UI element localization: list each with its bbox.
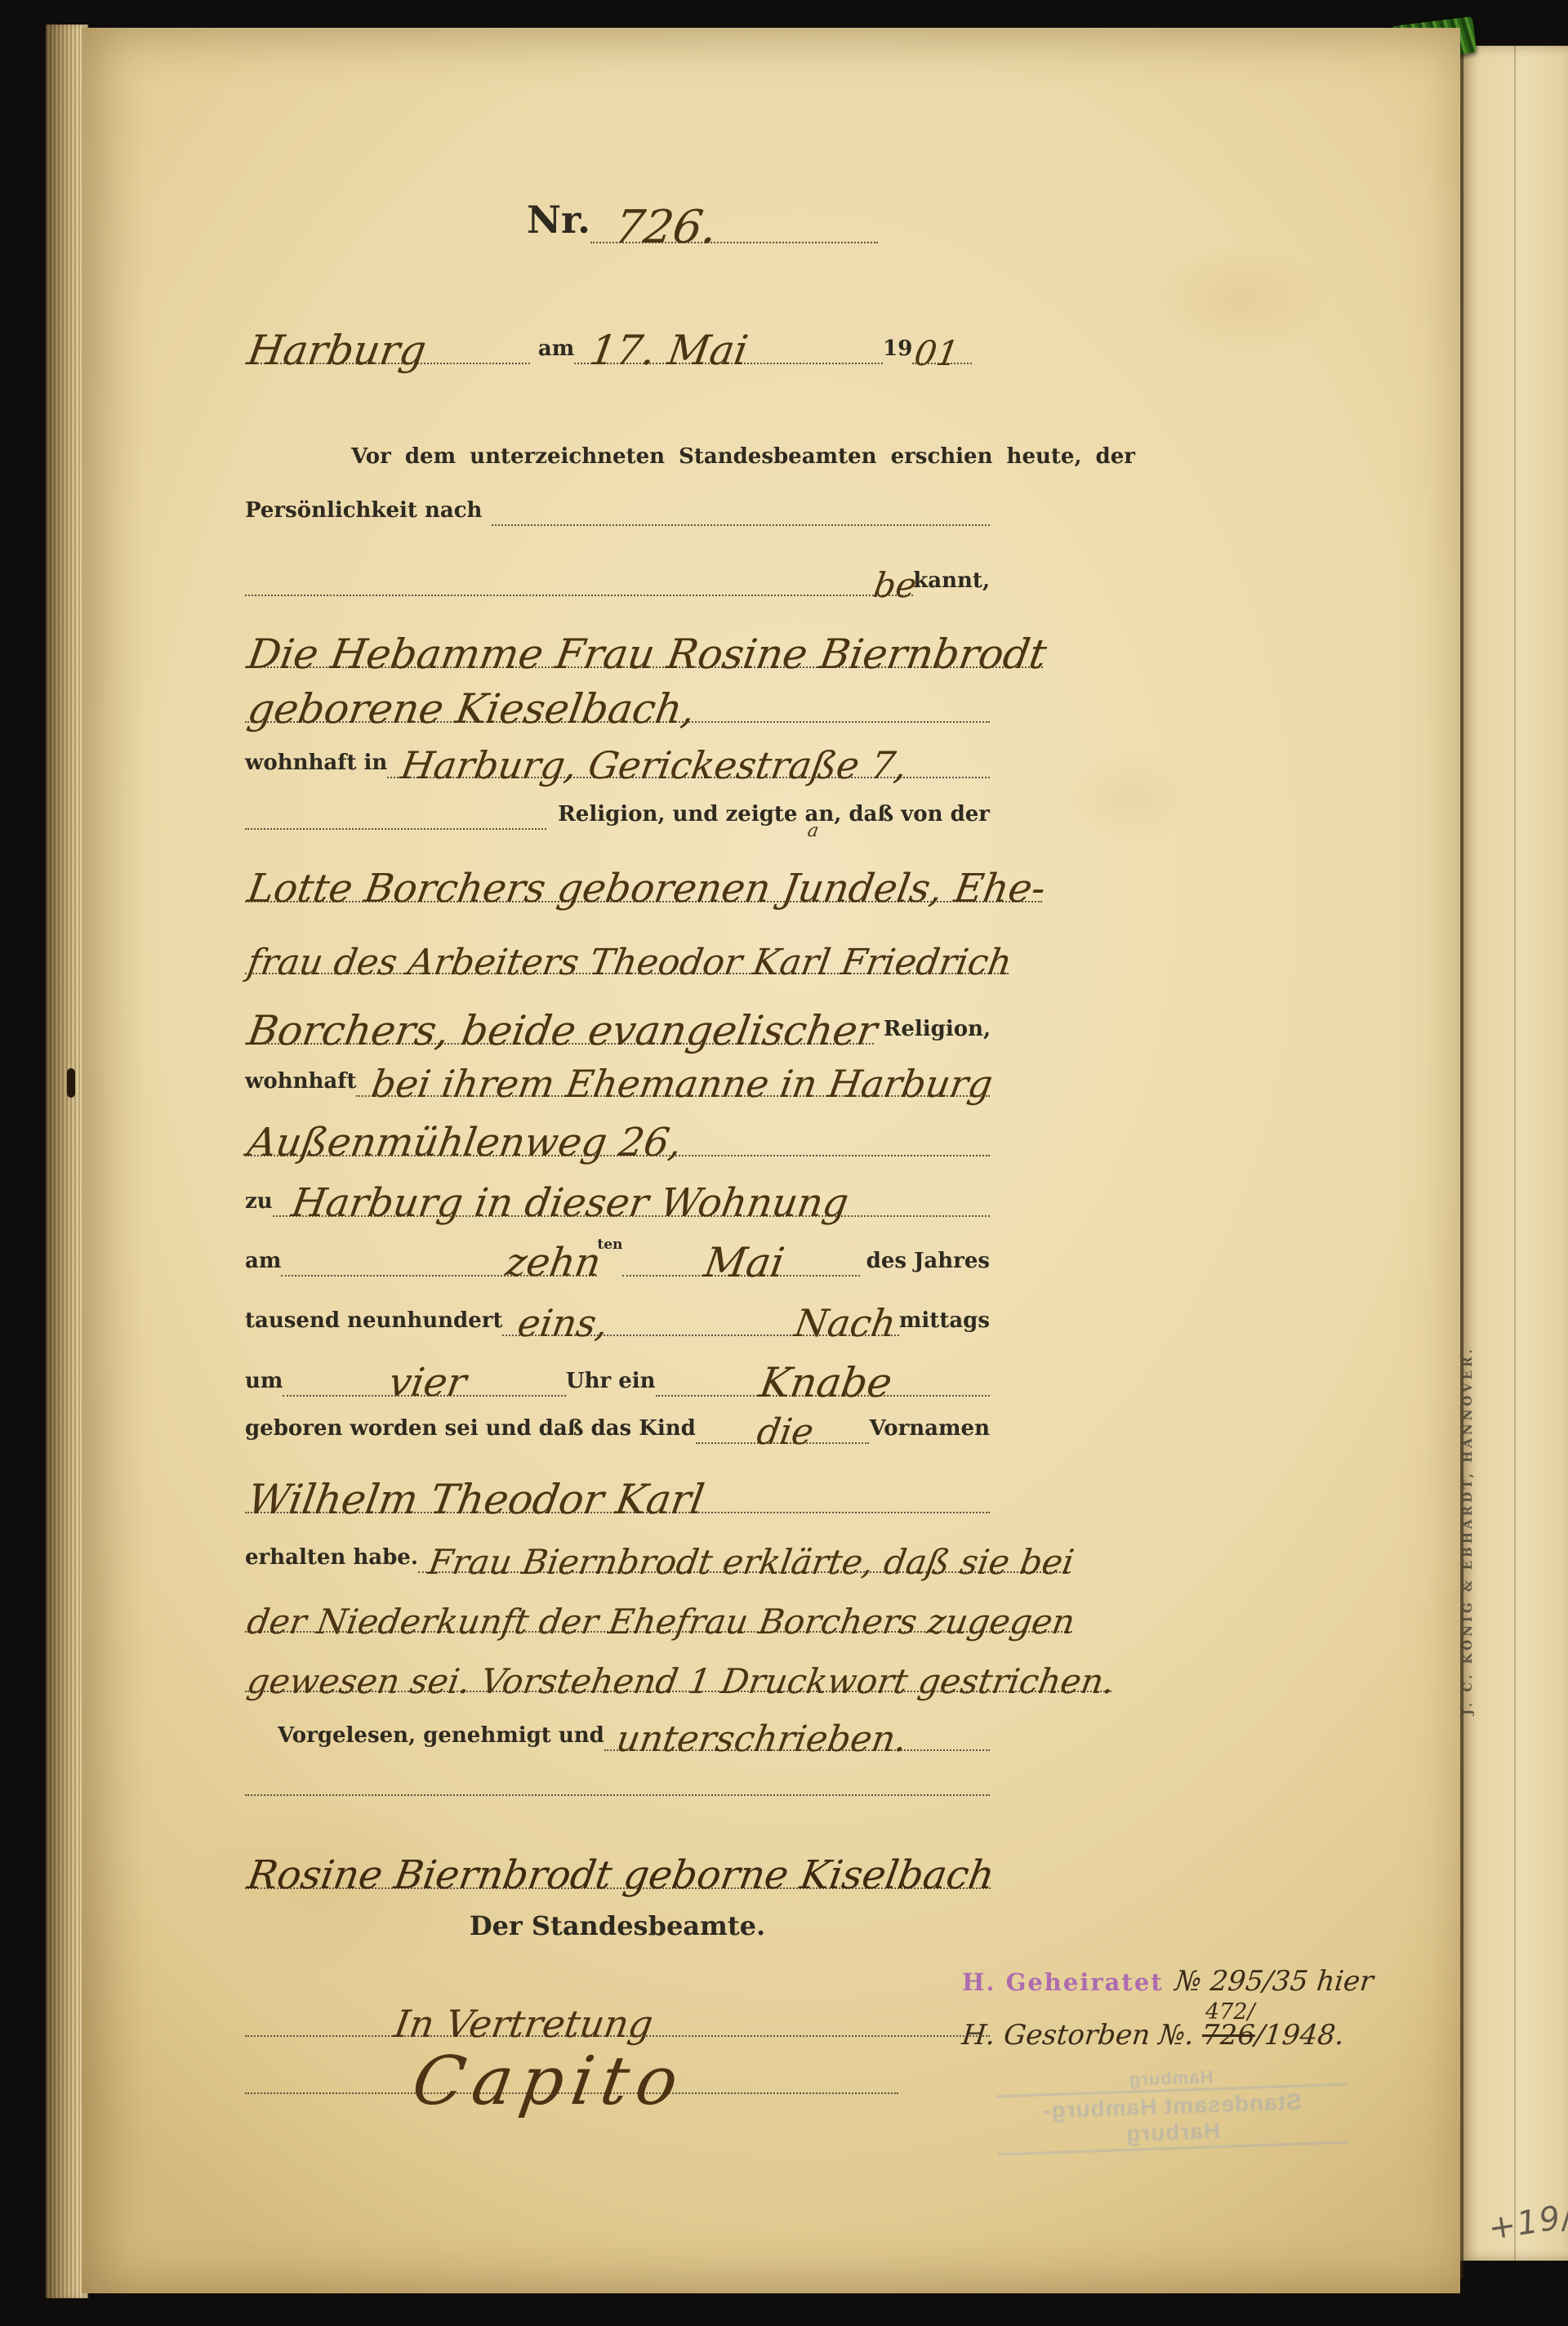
religion-line: Religion, und zeigte an, daß von der — [245, 773, 990, 830]
registrar-title: Der Standesbeamte. — [470, 1910, 765, 1946]
declarant-signature-line: Rosine Biernbrodt geborne Kiselbach — [245, 1811, 990, 1889]
blank-line — [245, 1747, 990, 1796]
death-year: /1948. — [1254, 2019, 1346, 2052]
mother-line-2: frau des Arbeiters Theodor Karl Friedric… — [245, 906, 990, 974]
place-name: Harburg — [245, 332, 429, 371]
registrar-signature-line: Capito — [245, 2004, 898, 2094]
printer-imprint: J. C. KÖNIG & EBHARDT, HANNOVER. — [1460, 1307, 1475, 1715]
registrar-title-line: Der Standesbeamte. — [245, 1913, 990, 1939]
next-page-edge — [1460, 46, 1568, 2261]
religion-printed: Religion, und zeigte an, daß von der — [546, 804, 990, 830]
identity-label: Persönlichkeit nach — [245, 500, 482, 526]
gestorben-prefix: H. Gestorben №. — [960, 2019, 1196, 2052]
bekannt-line: be kannt, — [245, 534, 990, 596]
corrected-number: 472/ — [1205, 1999, 1255, 2025]
page-crease — [1514, 46, 1516, 2261]
record-number-line: Nr. 726. — [527, 165, 878, 243]
mother-name: Lotte Borchers geborenen Jundels, Ehe- — [245, 871, 1048, 908]
mother-line-1: Lotte Borchers geborenen Jundels, Ehe- a — [245, 834, 990, 902]
registrar-signature: Capito — [245, 2050, 690, 2114]
born-printed: geboren worden sei und daß das Kind — [245, 1418, 696, 1444]
binding-slit — [67, 1068, 75, 1098]
ghost-stamp-line2: Standesamt Hamburg-Harburg — [996, 2083, 1348, 2156]
declarant-signature: Rosine Biernbrodt geborne Kiselbach — [245, 1857, 997, 1895]
residence-line: wohnhaft in Harburg, Gerickestraße 7, — [245, 710, 990, 778]
dateline: Harburg am 17. Mai 19 01 — [245, 294, 972, 364]
marriage-stamp-line: H. Geheiratet № 295/35 hier — [962, 1965, 1373, 1998]
record-number: 726. — [590, 206, 720, 249]
death-note-line: H. Gestorben №. 472/726 /1948. — [962, 2019, 1344, 2052]
geheiratet-stamp: H. Geheiratet — [962, 1968, 1164, 1996]
names-intro-line: geboren worden sei und daß das Kind die … — [245, 1385, 990, 1444]
mirrored-office-stamp: Hamburg Standesamt Hamburg-Harburg — [995, 2062, 1348, 2156]
am-label: am — [530, 338, 574, 364]
century-printed: 19 — [883, 338, 912, 364]
marriage-reference: № 295/35 hier — [1174, 1965, 1375, 1998]
vornamen-printed: Vornamen — [869, 1418, 990, 1444]
bekannt-printed: kannt, — [913, 570, 990, 596]
death-number-correction: 472/726 — [1202, 2019, 1255, 2052]
closing-line: Vorgelesen, genehmigt und unterschrieben… — [278, 1682, 990, 1751]
scanned-register-page: Nr. 726. Harburg am 17. Mai 19 01 Vor de… — [0, 0, 1568, 2326]
identity-line: Persönlichkeit nach — [245, 464, 990, 526]
year-written: 01 — [912, 337, 961, 370]
birth-record-page: Nr. 726. Harburg am 17. Mai 19 01 Vor de… — [82, 28, 1460, 2293]
record-date: 17. Mai — [574, 332, 751, 371]
nr-label: Nr. — [527, 201, 590, 243]
